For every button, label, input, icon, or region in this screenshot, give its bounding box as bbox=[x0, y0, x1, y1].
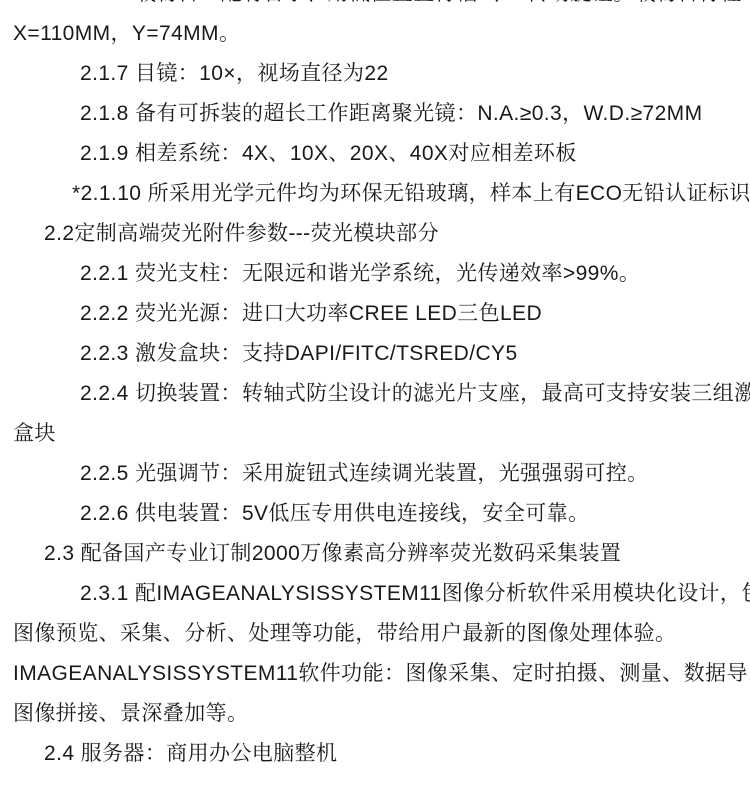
text-line-content: 2.2.5 光强调节：采用旋钮式连续调光装置，光强强弱可控。 bbox=[80, 462, 649, 485]
text-line-content: 2.1.9 相差系统：4X、10X、20X、40X对应相差环板 bbox=[80, 142, 577, 165]
text-line: 图像拼接、景深叠加等。 bbox=[13, 694, 744, 734]
text-line-content: 2.4 服务器：商用办公电脑整机 bbox=[44, 742, 337, 765]
text-line: 2.2定制高端荧光附件参数---荧光模块部分 bbox=[13, 214, 744, 254]
text-line: 2.2.2 荧光光源：进口大功率CREE LED三色LED bbox=[13, 294, 744, 334]
text-line-content: *2.1.10 所采用光学元件均为环保无铅玻璃，样本上有ECO无铅认证标识 bbox=[72, 182, 750, 205]
text-line-content: 2.1.6 载物台：配有合手、用低位置直行幅X、Y传动旋钮。载物台行程： bbox=[80, 0, 744, 14]
text-line: 图像预览、采集、分析、处理等功能，带给用户最新的图像处理体验。 bbox=[13, 614, 744, 654]
text-line-content: 2.1.8 备有可拆装的超长工作距离聚光镜：N.A.≥0.3，W.D.≥72MM bbox=[80, 102, 702, 125]
text-line: 2.3 配备国产专业订制2000万像素高分辨率荧光数码采集装置 bbox=[13, 534, 744, 574]
text-line: 2.4 服务器：商用办公电脑整机 bbox=[13, 734, 744, 774]
text-line-content: 图像预览、采集、分析、处理等功能，带给用户最新的图像处理体验。 bbox=[13, 622, 676, 645]
text-line: 2.2.1 荧光支柱：无限远和谐光学系统，光传递效率>99%。 bbox=[13, 254, 744, 294]
text-line-content: 2.2.1 荧光支柱：无限远和谐光学系统，光传递效率>99%。 bbox=[80, 262, 640, 285]
text-line: 2.1.8 备有可拆装的超长工作距离聚光镜：N.A.≥0.3，W.D.≥72MM bbox=[13, 94, 744, 134]
text-line: 2.1.7 目镜：10×，视场直径为22 bbox=[13, 54, 744, 94]
text-line-content: IMAGEANALYSISSYSTEM11软件功能：图像采集、定时拍摄、测量、数… bbox=[13, 662, 750, 685]
text-line-content: 2.3 配备国产专业订制2000万像素高分辨率荧光数码采集装置 bbox=[44, 542, 621, 565]
text-line-content: 2.1.7 目镜：10×，视场直径为22 bbox=[80, 62, 389, 85]
text-line-content: 2.2.6 供电装置：5V低压专用供电连接线，安全可靠。 bbox=[80, 502, 589, 525]
text-line: 2.1.6 载物台：配有合手、用低位置直行幅X、Y传动旋钮。载物台行程： bbox=[13, 0, 744, 14]
text-line-content: 2.2.2 荧光光源：进口大功率CREE LED三色LED bbox=[80, 302, 542, 325]
text-line-content: X=110MM，Y=74MM。 bbox=[13, 22, 240, 45]
text-line: 2.2.6 供电装置：5V低压专用供电连接线，安全可靠。 bbox=[13, 494, 744, 534]
document-body: 2.1.6 载物台：配有合手、用低位置直行幅X、Y传动旋钮。载物台行程：X=11… bbox=[0, 0, 750, 774]
text-line: *2.1.10 所采用光学元件均为环保无铅玻璃，样本上有ECO无铅认证标识 bbox=[13, 174, 744, 214]
text-line-content: 2.2定制高端荧光附件参数---荧光模块部分 bbox=[44, 222, 439, 245]
text-line: 盒块 bbox=[13, 414, 744, 454]
text-line: 2.2.4 切换装置：转轴式防尘设计的滤光片支座，最高可支持安装三组激发 bbox=[13, 374, 744, 414]
text-line-content: 盒块 bbox=[13, 422, 56, 445]
text-line: 2.1.9 相差系统：4X、10X、20X、40X对应相差环板 bbox=[13, 134, 744, 174]
text-line-content: 图像拼接、景深叠加等。 bbox=[13, 702, 248, 725]
text-line: X=110MM，Y=74MM。 bbox=[13, 14, 744, 54]
text-line-content: 2.2.3 激发盒块：支持DAPI/FITC/TSRED/CY5 bbox=[80, 342, 518, 365]
document-page: 2.1.6 载物台：配有合手、用低位置直行幅X、Y传动旋钮。载物台行程：X=11… bbox=[0, 0, 750, 794]
text-line-content: 2.3.1 配IMAGEANALYSISSYSTEM11图像分析软件采用模块化设… bbox=[80, 582, 750, 605]
text-line: 2.3.1 配IMAGEANALYSISSYSTEM11图像分析软件采用模块化设… bbox=[13, 574, 744, 614]
text-line: 2.2.3 激发盒块：支持DAPI/FITC/TSRED/CY5 bbox=[13, 334, 744, 374]
text-line: IMAGEANALYSISSYSTEM11软件功能：图像采集、定时拍摄、测量、数… bbox=[13, 654, 744, 694]
text-line: 2.2.5 光强调节：采用旋钮式连续调光装置，光强强弱可控。 bbox=[13, 454, 744, 494]
text-line-content: 2.2.4 切换装置：转轴式防尘设计的滤光片支座，最高可支持安装三组激发 bbox=[80, 382, 750, 405]
